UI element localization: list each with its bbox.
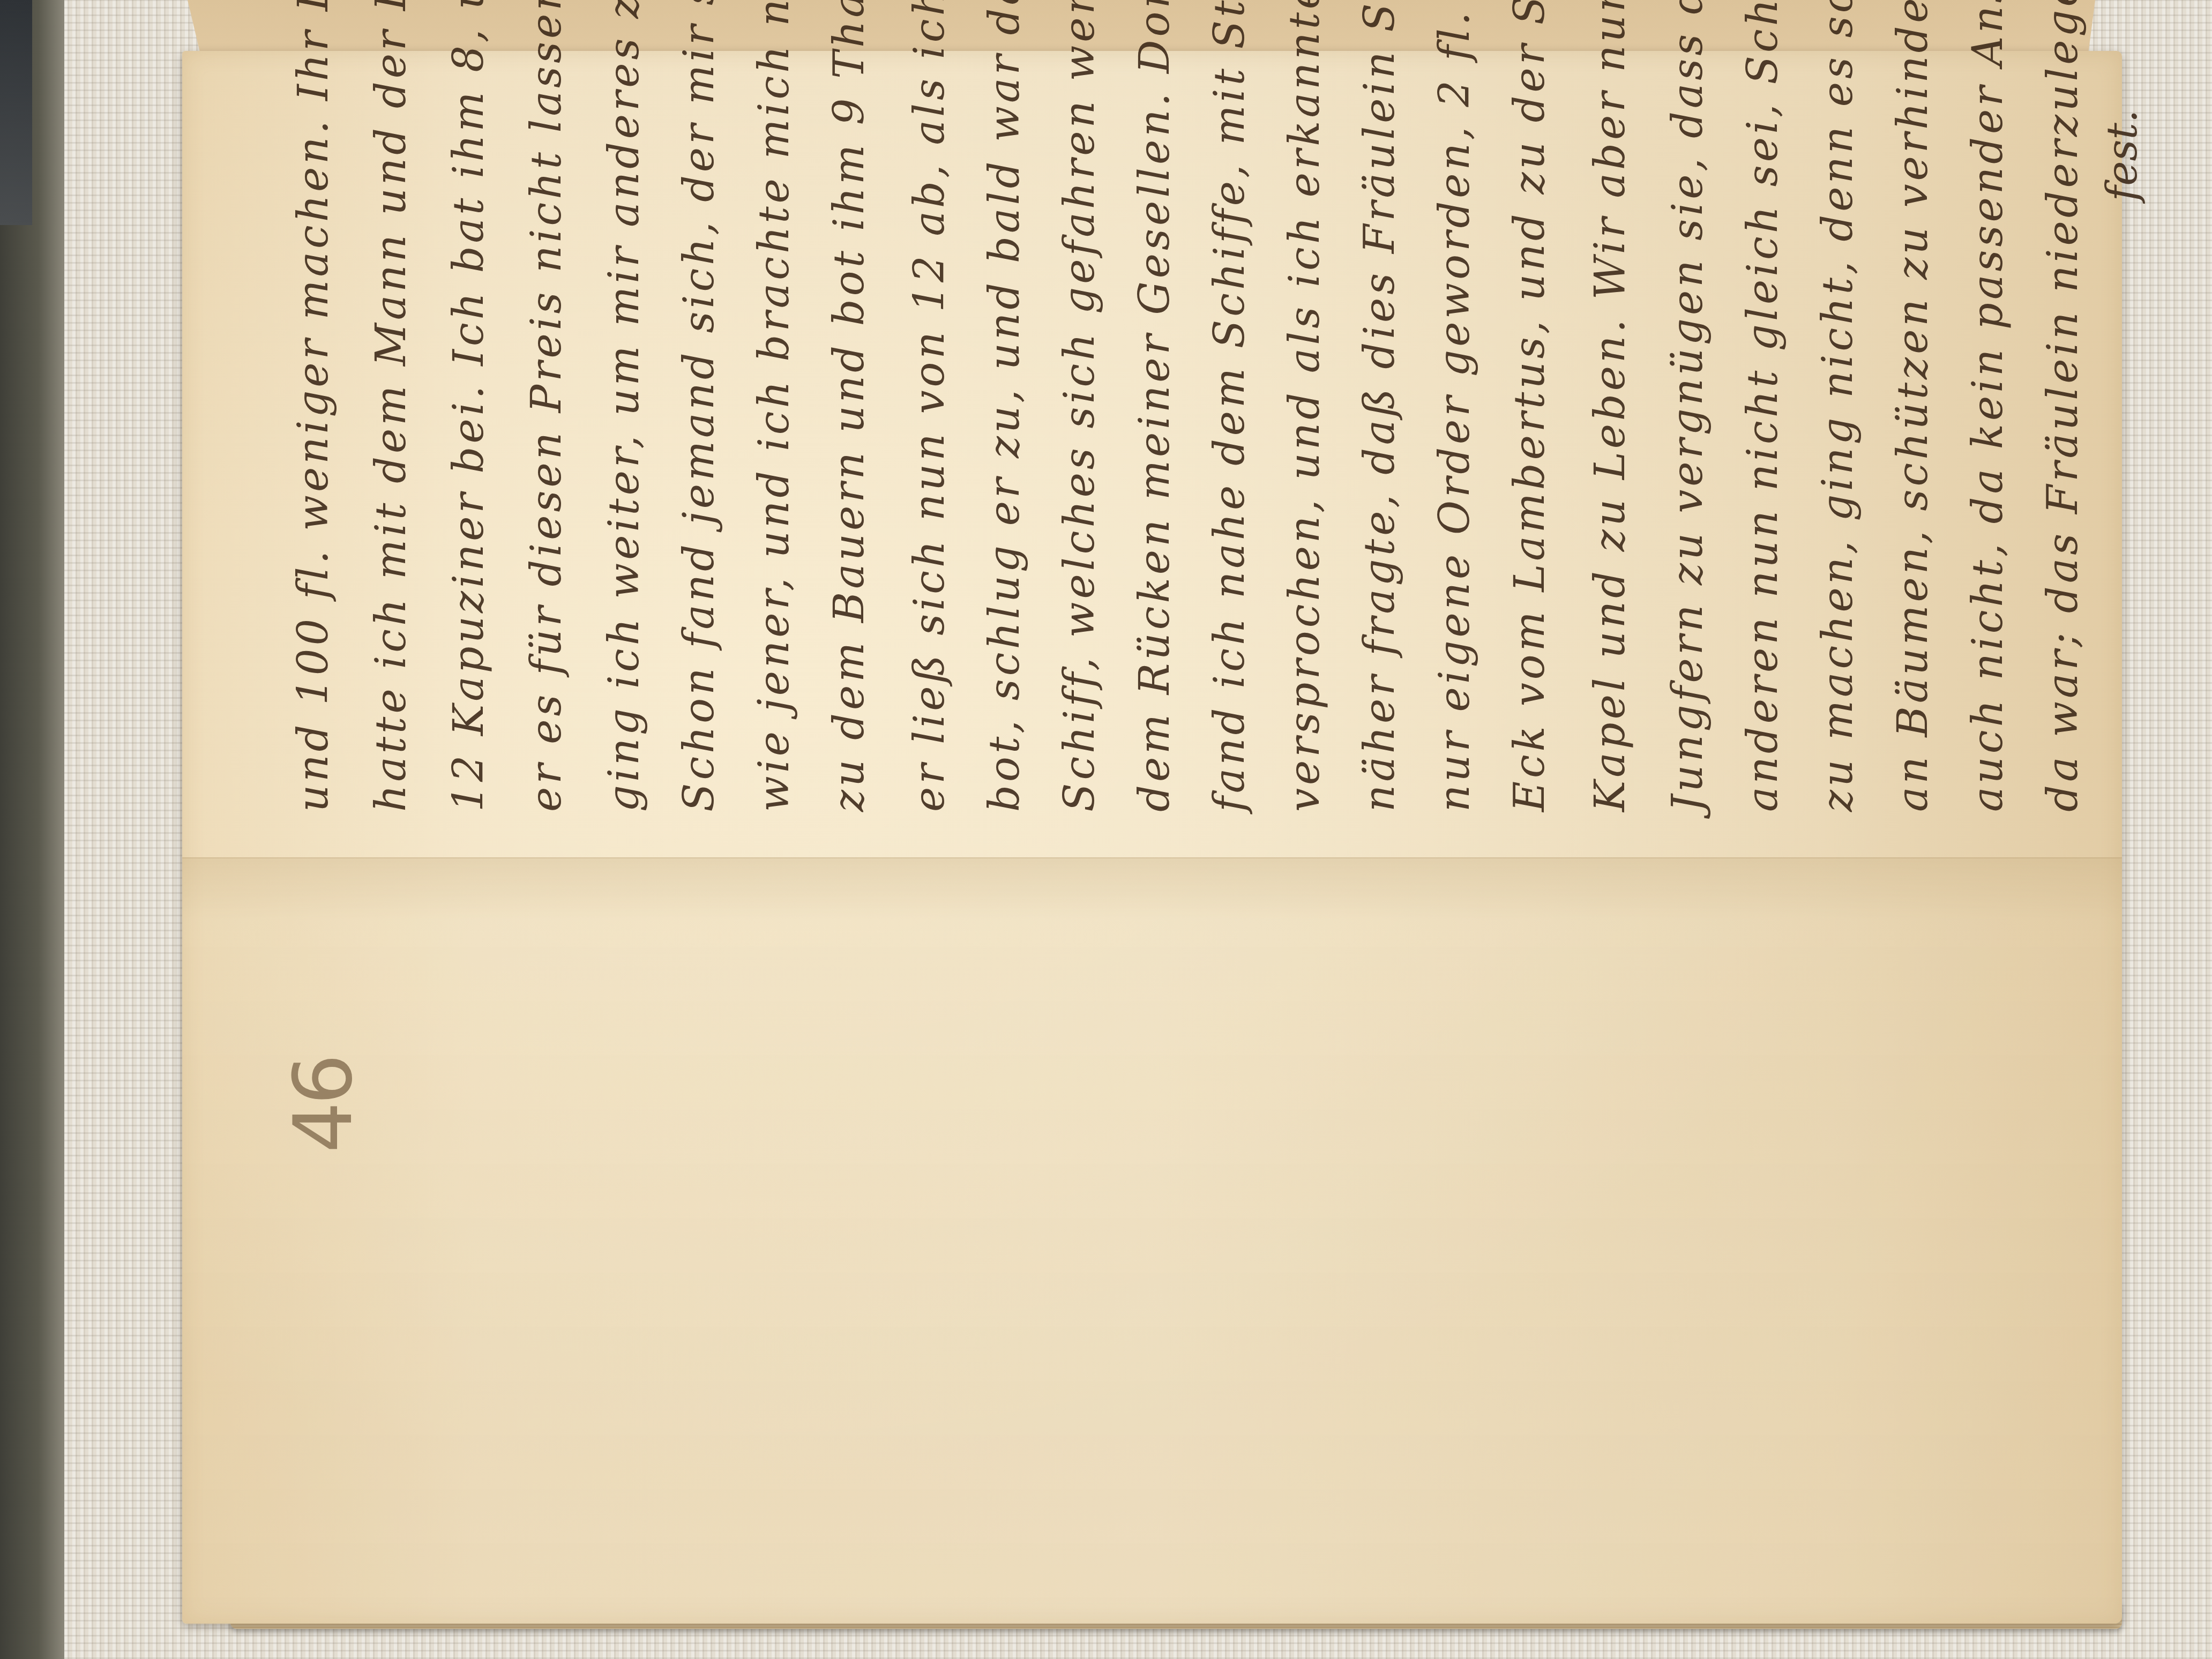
text-line: auch nicht, da kein passender Anschluss <box>1964 99 2039 860</box>
text-line: ging ich weiter, um mir anderes zu suche… <box>600 99 675 860</box>
text-line: Eck vom Lambertus, und zu der Sorge <box>1506 99 1581 860</box>
closing-word: fest. <box>2098 109 2147 201</box>
text-line: wie jener, und ich brachte mich nochmals <box>750 99 825 860</box>
text-line: und 100 fl. weniger machen. Ihr Leichtsi… <box>289 99 364 860</box>
pencil-page-number: 46 <box>277 1057 370 1153</box>
text-line: fand ich nahe dem Schiffe, mit Stahl <box>1206 99 1281 860</box>
text-line: hatte ich mit dem Mann und der Landschaf… <box>367 99 442 860</box>
text-line: näher fragte, daß dies Fräulein Schweste… <box>1356 99 1431 860</box>
text-line: Kapel und zu Leben. Wir aber nun <box>1586 99 1661 860</box>
dark-table-edge <box>0 0 64 1659</box>
text-line: er ließ sich nun von 12 ab, als ich jedo… <box>906 99 981 860</box>
text-line: anderen nun nicht gleich sei, Schwesterc… <box>1739 99 1814 860</box>
text-line: da war; das Fräulein niederzulegen, daß <box>2039 99 2114 860</box>
manuscript-page: und 100 fl. weniger machen. Ihr Leichtsi… <box>182 51 2122 1624</box>
blank-lower-half <box>182 857 2122 1625</box>
text-line: er es für diesen Preis nicht lassen woll… <box>522 99 597 860</box>
text-line: bot, schlug er zu, und bald war das <box>981 99 1056 860</box>
handwritten-text-block: und 100 fl. weniger machen. Ihr Leichtsi… <box>289 99 2176 860</box>
text-line: zu machen, ging nicht, denn es sollte un… <box>1814 99 1889 860</box>
dark-object-corner <box>0 0 32 225</box>
text-line: zu dem Bauern und bot ihm 9 Thaler, <box>825 99 900 860</box>
text-line: dem Rücken meiner Gesellen. Dort <box>1131 99 1206 860</box>
text-line: 12 Kapuziner bei. Ich bat ihm 8, und als <box>445 99 520 860</box>
text-line: an Bäumen, schützen zu verhindern ging <box>1889 99 1964 860</box>
text-line: Jungfern zu vergnügen sie, dass dem <box>1664 99 1739 860</box>
text-line: Schiff, welches sich gefahren werden, au… <box>1056 99 1131 860</box>
text-line: nur eigene Order geworden, 2 fl. 13 kr. … <box>1431 99 1506 860</box>
text-line: Schon fand jemand sich, der mir so zusag… <box>675 99 750 860</box>
text-line: versprochen, und als ich erkannte Namen, <box>1281 99 1356 860</box>
